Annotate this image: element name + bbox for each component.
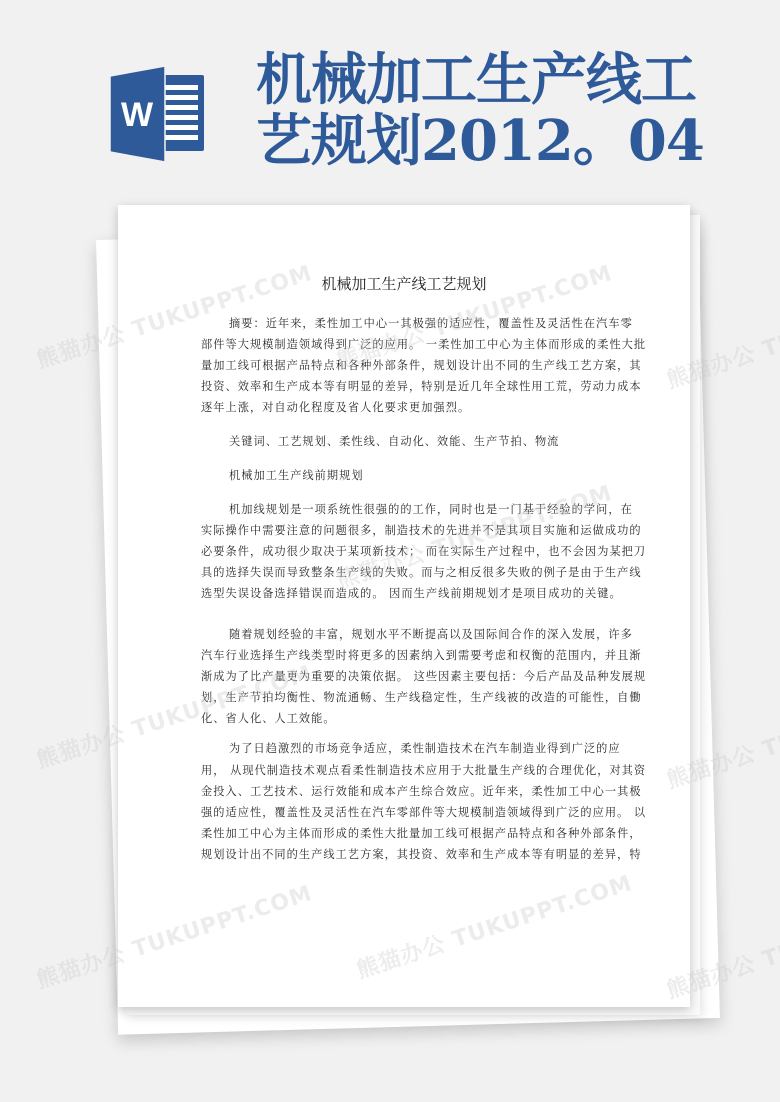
document-page: 机械加工生产线工艺规划 摘要：近年来，柔性加工中心一其极强的适应性，覆盖性及灵活… (118, 205, 690, 1007)
body-text-line: 逐年上涨，对自动化程度及省人化要求更加强烈。 (201, 401, 470, 415)
body-text-line: 汽车行业选择生产线类型时将更多的因素纳入到需要考虑和权衡的范围内，并且渐 (201, 649, 642, 663)
body-text-line: 渐成为了比产量更为重要的决策依据。 这些因素主要包括：今后产品及品种发展规 (201, 670, 646, 684)
body-text-line: 机加线规划是一项系统性很强的的工作，同时也是一门基于经验的学问，在 (229, 503, 633, 517)
heading-line-1: 机械加工生产线工 (256, 47, 696, 113)
body-text-line: 具的选择失误而导致整条生产线的失败。而与之相反很多失败的例子是由于生产线 (201, 566, 642, 580)
body-text-line: 化、省人化、人工效能。 (201, 712, 336, 726)
body-text-line: 实际操作中需要注意的问题很多，制造技术的先进并不是其项目实施和运做成功的 (201, 524, 642, 538)
body-text-line: 机械加工生产线前期规划 (229, 469, 364, 483)
body-text-line: 金投入、工艺技术、运行效能和成本产生综合效应。近年来，柔性加工中心一其极 (201, 785, 642, 799)
page-title: 机械加工生产线工艺规划 (118, 273, 690, 294)
word-icon: W (108, 66, 208, 162)
body-text-line: 划，生产节拍均衡性、物流通畅、生产线稳定性，生产线被的改造的可能性，自働 (201, 691, 642, 705)
heading-line-2: 艺规划2012。04 (256, 108, 704, 174)
body-text-line: 为了日趋激烈的市场竞争适应，柔性制造技术在汽车制造业得到广泛的应 (229, 742, 621, 756)
body-text-line: 规划设计出不同的生产线工艺方案，其投资、效率和生产成本等有明显的差异，特 (201, 848, 642, 862)
body-text-line: 部件等大规模制造领域得到广泛的应用。 一柔性加工中心为主体而形成的柔性大批 (201, 338, 646, 352)
body-text-line: 强的适应性，覆盖性及灵活性在汽车零部件等大规模制造领域得到广泛的应用。 以 (201, 806, 646, 820)
body-text-line: 柔性加工中心为主体而形成的柔性大批量加工线可根据产品特点和各种外部条件， (201, 827, 642, 841)
body-text-line: 必要条件，成功很少取决于某项新技术； 而在实际生产过程中，也不会因为某把刀 (201, 545, 646, 559)
body-text-line: 量加工线可根据产品特点和各种外部条件，规划设计出不同的生产线工艺方案，其 (201, 359, 642, 373)
body-text-line: 随着规划经验的丰富，规划水平不断提高以及国际间合作的深入发展，许多 (229, 628, 633, 642)
preview-header: W 机械加工生产线工 艺规划2012。04 (0, 0, 780, 200)
body-text-line: 选型失误设备选择错误而造成的。 因而生产线前期规划才是项目成功的关键。 (201, 587, 622, 601)
body-text-line: 用， 从现代制造技术观点看柔性制造技术应用于大批量生产线的合理优化，对其资 (201, 764, 646, 778)
svg-text:W: W (121, 96, 154, 134)
body-text-line: 投资、效率和生产成本等有明显的差异，特别是近几年全球性用工荒，劳动力成本 (201, 380, 642, 394)
body-text-line: 关键词、工艺规划、柔性线、自动化、效能、生产节拍、物流 (229, 435, 559, 449)
document-heading: 机械加工生产线工 艺规划2012。04 (256, 50, 776, 172)
body-text-line: 摘要：近年来，柔性加工中心一其极强的适应性，覆盖性及灵活性在汽车零 (229, 317, 633, 331)
